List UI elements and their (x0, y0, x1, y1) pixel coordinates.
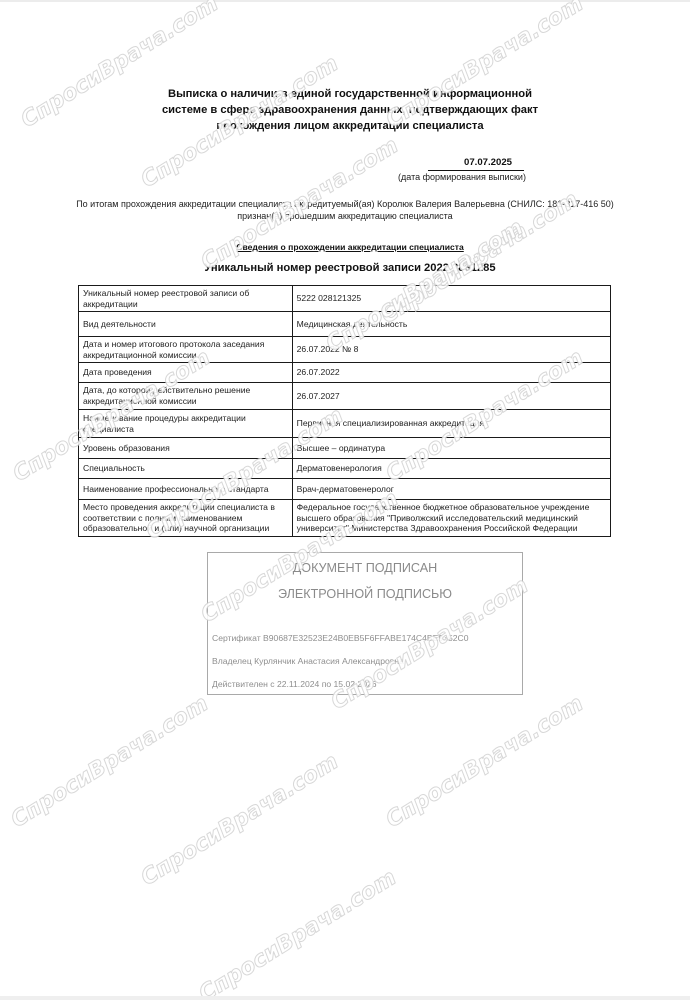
signature-heading: ЭЛЕКТРОННОЙ ПОДПИСЬЮ (208, 587, 522, 601)
row-value: 5222 028121325 (292, 286, 610, 312)
watermark: СпросиВрача.com (195, 865, 401, 1000)
section-title: Сведения о прохождении аккредитации спец… (150, 242, 550, 252)
row-label: Дата проведения (79, 363, 293, 383)
signature-heading: ДОКУМЕНТ ПОДПИСАН (208, 561, 522, 575)
page-top-edge (0, 0, 690, 2)
row-label: Дата, до которой действительно решение а… (79, 383, 293, 410)
row-value: Высшее – ординатура (292, 438, 610, 459)
row-label: Дата и номер итогового протокола заседан… (79, 337, 293, 363)
extract-date-caption: (дата формирования выписки) (396, 171, 528, 183)
row-value: Врач-дерматовенеролог (292, 479, 610, 500)
watermark: СпросиВрача.com (137, 749, 343, 891)
title-line: системе в сфере здравоохранения данных, … (140, 102, 560, 118)
table-row: Дата, до которой действительно решение а… (79, 383, 611, 410)
row-value: Первичная специализированная аккредитаци… (292, 410, 610, 438)
title-line: прохождения лицом аккредитации специалис… (140, 118, 560, 134)
extract-date: 07.07.2025 (428, 157, 524, 171)
document-title: Выписка о наличии в единой государственн… (140, 86, 560, 134)
intro-line: По итогам прохождения аккредитации специ… (60, 199, 630, 211)
row-label: Наименование процедуры аккредитации спец… (79, 410, 293, 438)
row-value: Медицинская деятельность (292, 312, 610, 337)
intro-text: По итогам прохождения аккредитации специ… (60, 199, 630, 222)
table-row: Специальность Дерматовенерология (79, 459, 611, 479)
row-label: Место проведения аккредитации специалист… (79, 500, 293, 537)
row-value: 26.07.2022 № 8 (292, 337, 610, 363)
table-row: Наименование процедуры аккредитации спец… (79, 410, 611, 438)
extract-date-block: 07.07.2025 (дата формирования выписки) (396, 157, 528, 183)
signature-validity: Действителен с 22.11.2024 по 15.02.2026 (212, 679, 377, 689)
row-value: Федеральное государственное бюджетное об… (292, 500, 610, 537)
record-number-title: Уникальный номер реестровой записи 2022.… (120, 262, 580, 274)
intro-line: признан(а) прошедшим аккредитацию специа… (60, 211, 630, 223)
table-row: Вид деятельности Медицинская деятельност… (79, 312, 611, 337)
watermark: СпросиВрача.com (382, 691, 588, 833)
row-label: Уровень образования (79, 438, 293, 459)
page-bottom-edge (0, 996, 690, 1000)
row-value: 26.07.2022 (292, 363, 610, 383)
row-value: Дерматовенерология (292, 459, 610, 479)
watermark: СпросиВрача.com (7, 691, 213, 833)
title-line: Выписка о наличии в единой государственн… (140, 86, 560, 102)
signature-certificate: Сертификат B90687E32523E24B0EB5F6FFABE17… (212, 633, 469, 643)
row-label: Наименование профессионального стандарта (79, 479, 293, 500)
electronic-signature-stamp: ДОКУМЕНТ ПОДПИСАН ЭЛЕКТРОННОЙ ПОДПИСЬЮ С… (207, 552, 523, 695)
signature-owner: Владелец Курлянчик Анастасия Александров… (212, 656, 404, 666)
table-row: Уровень образования Высшее – ординатура (79, 438, 611, 459)
row-label: Вид деятельности (79, 312, 293, 337)
row-label: Специальность (79, 459, 293, 479)
row-value: 26.07.2027 (292, 383, 610, 410)
accreditation-table: Уникальный номер реестровой записи об ак… (78, 285, 611, 537)
table-row: Уникальный номер реестровой записи об ак… (79, 286, 611, 312)
table-row: Место проведения аккредитации специалист… (79, 500, 611, 537)
table-row: Наименование профессионального стандарта… (79, 479, 611, 500)
table-row: Дата проведения 26.07.2022 (79, 363, 611, 383)
row-label: Уникальный номер реестровой записи об ак… (79, 286, 293, 312)
table-row: Дата и номер итогового протокола заседан… (79, 337, 611, 363)
